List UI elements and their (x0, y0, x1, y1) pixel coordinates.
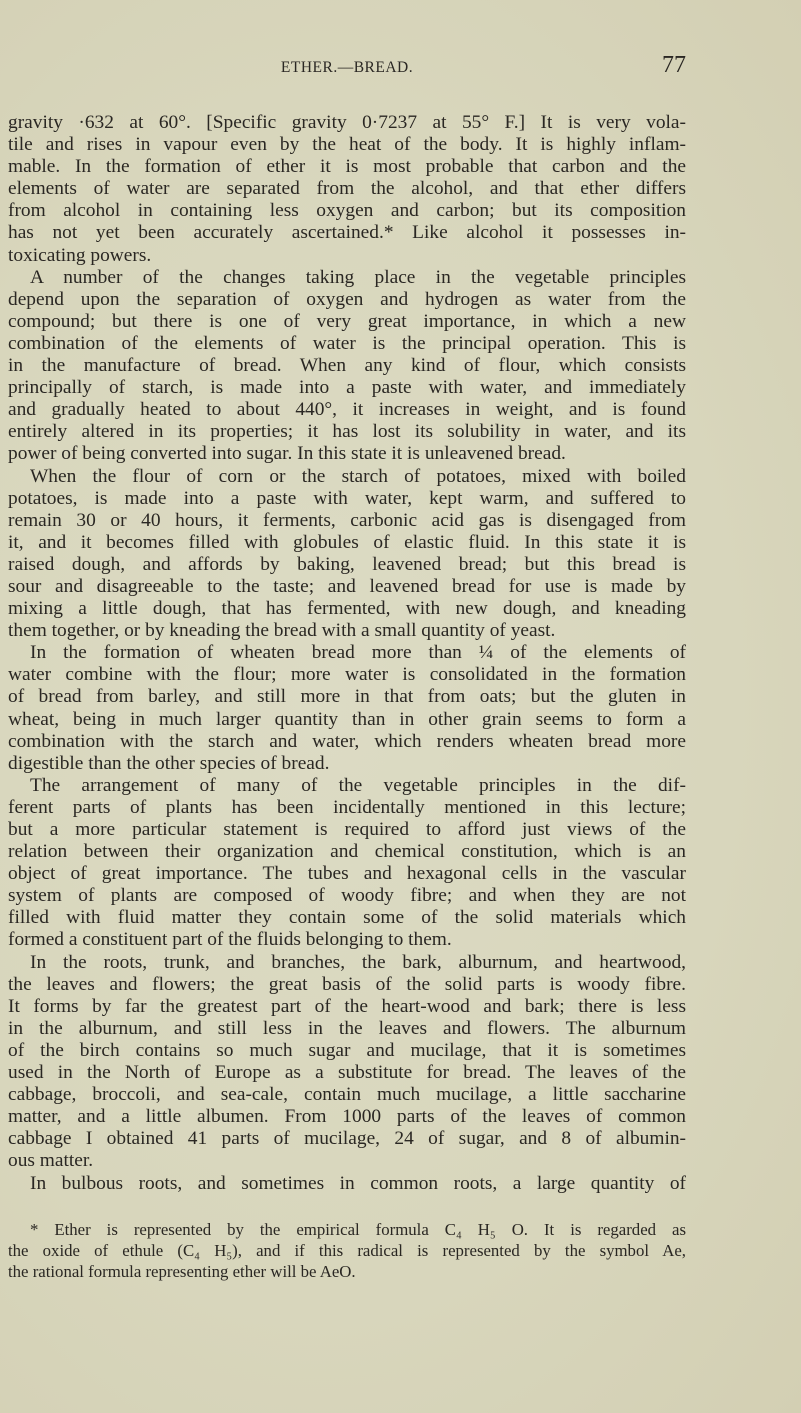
body-text-line: object of great importance. The tubes an… (8, 863, 686, 885)
body-text: gravity ·632 at 60°. [Specific gravity 0… (8, 112, 686, 1195)
footnote-line: the oxide of ethule (C₄ H₅), and if this… (8, 1240, 686, 1261)
body-text-line: In bulbous roots, and sometimes in commo… (8, 1173, 686, 1195)
body-text-line: combination with the starch and water, w… (8, 731, 686, 753)
running-head: ETHER.—BREAD. (8, 59, 686, 77)
body-text-line: sour and disagreeable to the taste; and … (8, 576, 686, 598)
body-text-line: entirely altered in its properties; it h… (8, 421, 686, 443)
body-text-line: In the formation of wheaten bread more t… (8, 642, 686, 664)
body-text-line: principally of starch, is made into a pa… (8, 377, 686, 399)
body-text-line: tile and rises in vapour even by the hea… (8, 134, 686, 156)
body-text-line: wheat, being in much larger quantity tha… (8, 709, 686, 731)
body-text-line: compound; but there is one of very great… (8, 311, 686, 333)
body-text-line: has not yet been accurately ascertained.… (8, 222, 686, 244)
page-header: ETHER.—BREAD. 77 (8, 52, 686, 78)
book-page: ETHER.—BREAD. 77 gravity ·632 at 60°. [S… (0, 0, 801, 1413)
footnote: * Ether is represented by the empirical … (8, 1219, 686, 1282)
body-text-line: gravity ·632 at 60°. [Specific gravity 0… (8, 112, 686, 134)
body-text-line: from alcohol in containing less oxygen a… (8, 200, 686, 222)
body-text-line: used in the North of Europe as a substit… (8, 1062, 686, 1084)
body-text-line: in the manufacture of bread. When any ki… (8, 355, 686, 377)
body-text-line: water combine with the flour; more water… (8, 664, 686, 686)
body-text-line: elements of water are separated from the… (8, 178, 686, 200)
body-text-line: mable. In the formation of ether it is m… (8, 156, 686, 178)
body-text-line: remain 30 or 40 hours, it ferments, carb… (8, 510, 686, 532)
body-text-line: It forms by far the greatest part of the… (8, 996, 686, 1018)
body-text-line: depend upon the separation of oxygen and… (8, 289, 686, 311)
body-text-line: relation between their organization and … (8, 841, 686, 863)
body-text-line: but a more particular statement is requi… (8, 819, 686, 841)
body-text-line: ferent parts of plants has been incident… (8, 797, 686, 819)
body-text-line: combination of the elements of water is … (8, 333, 686, 355)
body-text-line: In the roots, trunk, and branches, the b… (8, 952, 686, 974)
body-text-line: of the birch contains so much sugar and … (8, 1040, 686, 1062)
body-text-line: matter, and a little albumen. From 1000 … (8, 1106, 686, 1128)
body-text-line: raised dough, and affords by baking, lea… (8, 554, 686, 576)
body-text-line: ous matter. (8, 1150, 686, 1172)
body-text-line: them together, or by kneading the bread … (8, 620, 686, 642)
body-text-line: in the alburnum, and still less in the l… (8, 1018, 686, 1040)
footnote-line: * Ether is represented by the empirical … (8, 1219, 686, 1240)
body-text-line: of bread from barley, and still more in … (8, 686, 686, 708)
body-text-line: filled with fluid matter they contain so… (8, 907, 686, 929)
body-text-line: toxicating powers. (8, 245, 686, 267)
body-text-line: cabbage I obtained 41 parts of mucilage,… (8, 1128, 686, 1150)
page-number: 77 (662, 52, 686, 79)
body-text-line: cabbage, broccoli, and sea-cale, contain… (8, 1084, 686, 1106)
body-text-line: it, and it becomes filled with globules … (8, 532, 686, 554)
body-text-line: digestible than the other species of bre… (8, 753, 686, 775)
body-text-line: and gradually heated to about 440°, it i… (8, 399, 686, 421)
body-text-line: A number of the changes taking place in … (8, 267, 686, 289)
body-text-line: mixing a little dough, that has fermente… (8, 598, 686, 620)
body-text-line: system of plants are composed of woody f… (8, 885, 686, 907)
footnote-line: the rational formula representing ether … (8, 1261, 686, 1282)
body-text-line: potatoes, is made into a paste with wate… (8, 488, 686, 510)
body-text-line: formed a constituent part of the fluids … (8, 929, 686, 951)
body-text-line: The arrangement of many of the vegetable… (8, 775, 686, 797)
body-text-line: the leaves and flowers; the great basis … (8, 974, 686, 996)
body-text-line: power of being converted into sugar. In … (8, 443, 686, 465)
body-text-line: When the flour of corn or the starch of … (8, 466, 686, 488)
